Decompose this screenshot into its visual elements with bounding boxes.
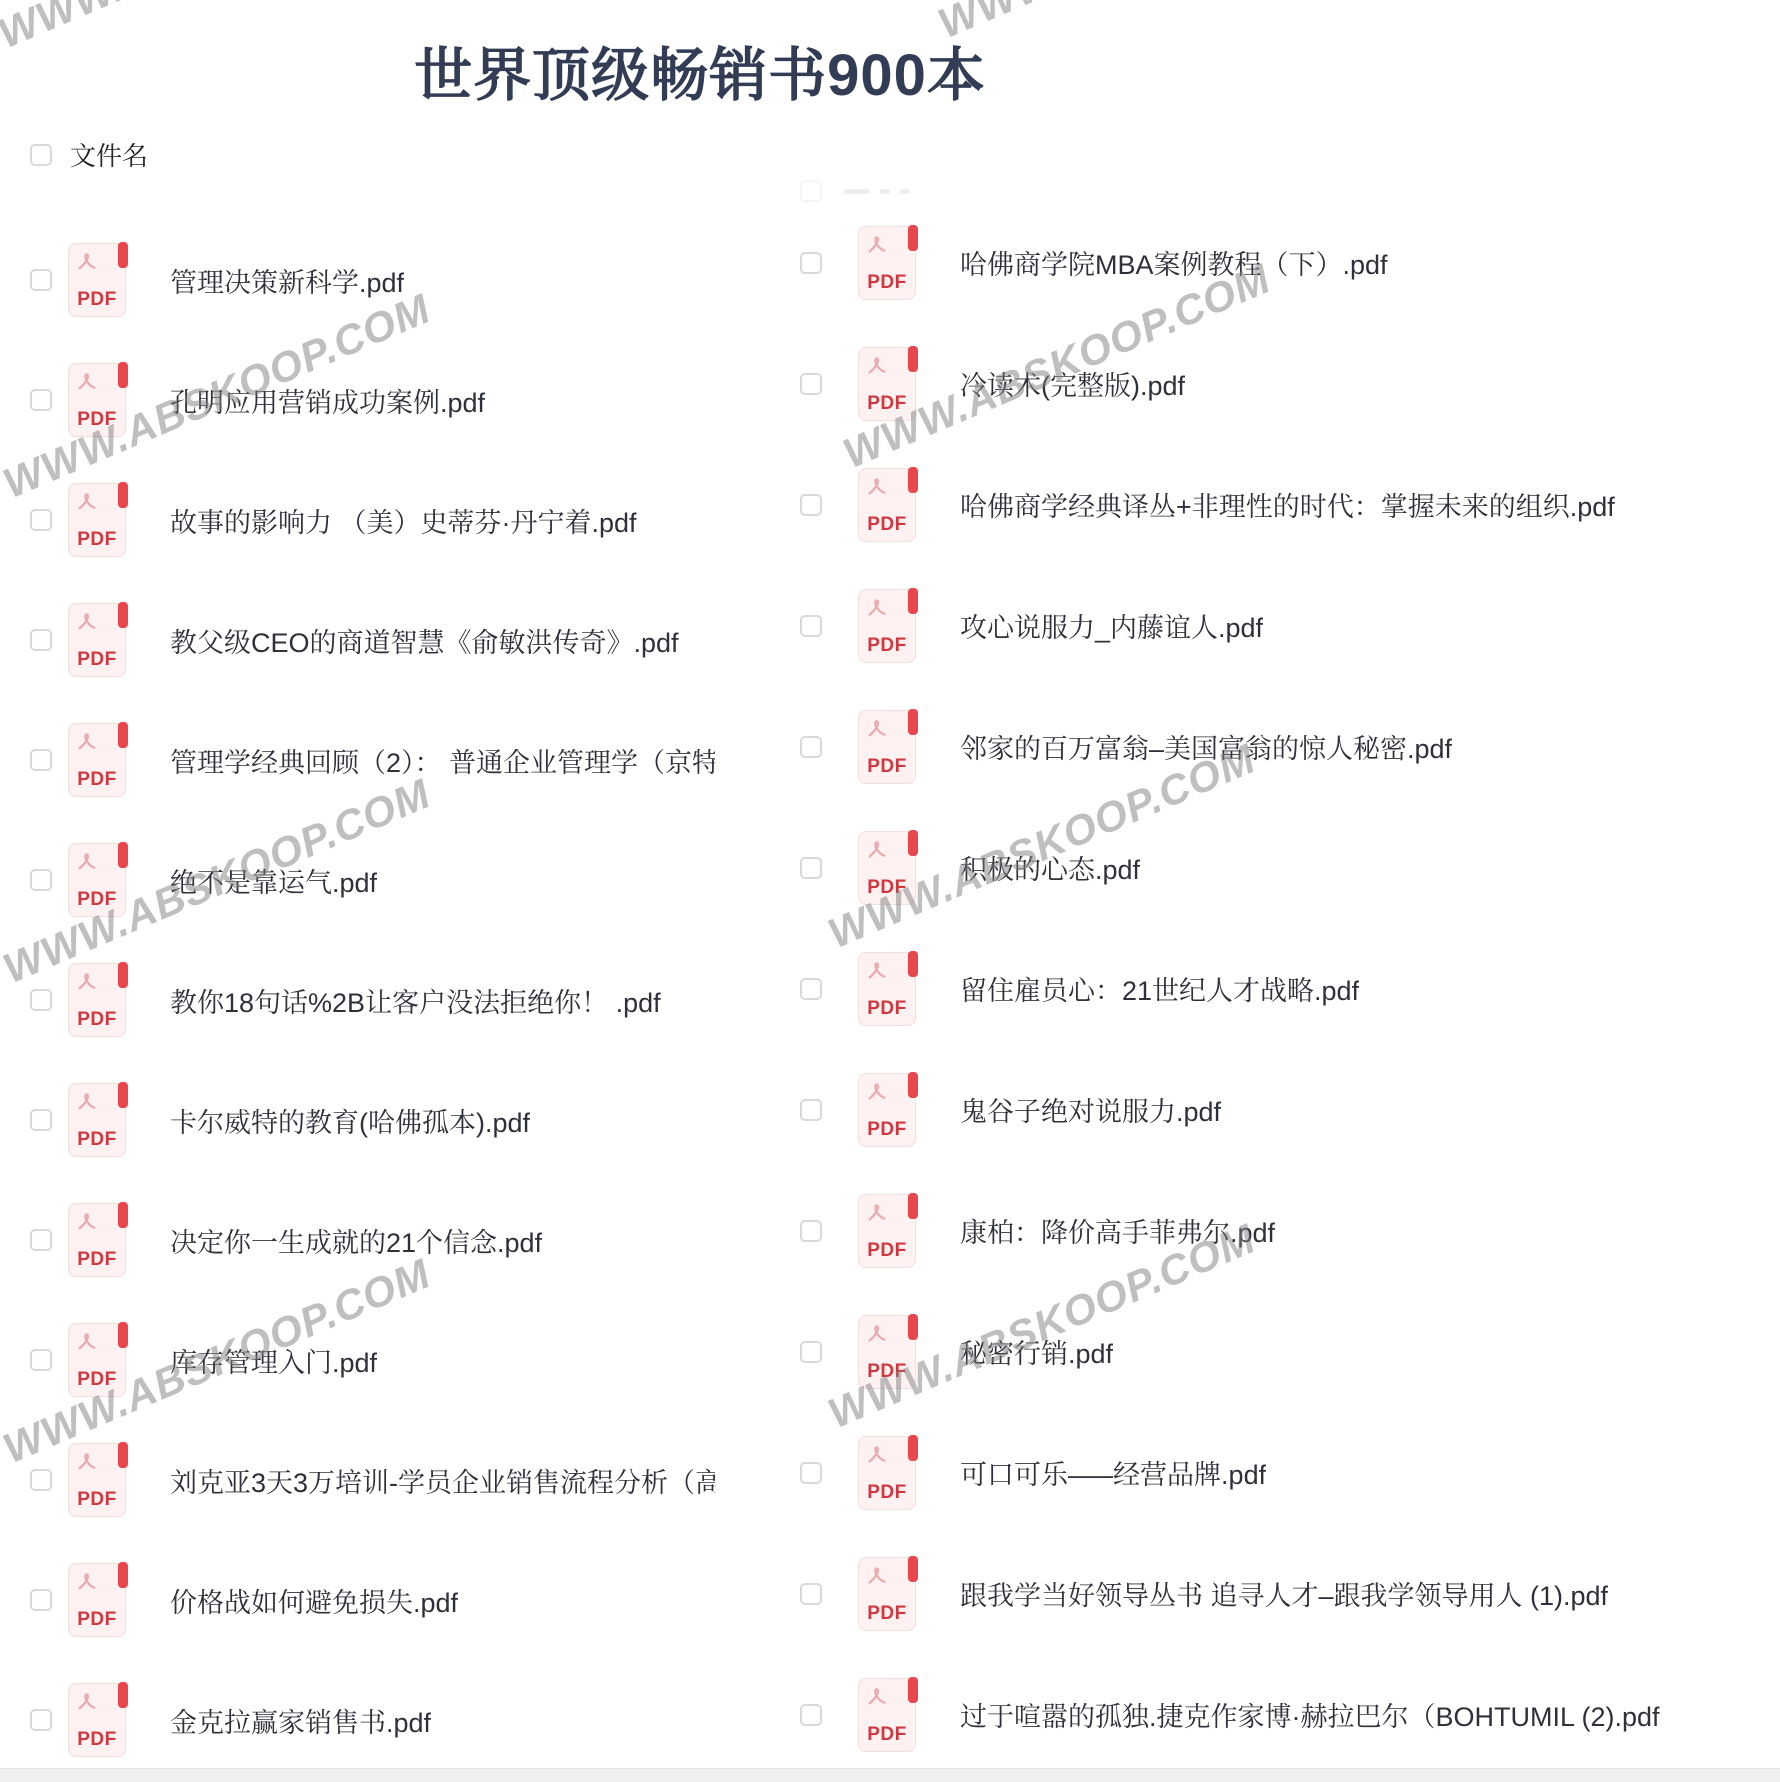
pdf-icon[interactable]: PDF <box>68 1563 126 1637</box>
file-row: PDF 哈佛商学院MBA案例教程（下）.pdf <box>800 202 1730 323</box>
file-row: PDF 康柏：降价高手菲弗尔.pdf <box>800 1170 1730 1291</box>
file-row: PDF 故事的影响力 （美）史蒂芬·丹宁着.pdf <box>30 460 730 580</box>
pdf-fold-icon <box>908 951 918 977</box>
row-checkbox[interactable] <box>30 989 52 1011</box>
pdf-label: PDF <box>859 1361 915 1383</box>
pdf-label: PDF <box>69 1369 125 1391</box>
pdf-label: PDF <box>859 1724 915 1746</box>
row-checkbox[interactable] <box>30 749 52 771</box>
pdf-icon[interactable]: PDF <box>858 347 916 421</box>
row-checkbox[interactable] <box>800 1462 822 1484</box>
row-checkbox[interactable] <box>800 1341 822 1363</box>
pdf-label: PDF <box>859 272 915 294</box>
file-name[interactable]: 教你18句话%2B让客户没法拒绝你！ .pdf <box>170 981 661 1020</box>
pdf-fold-icon <box>118 242 128 268</box>
pdf-icon[interactable]: PDF <box>68 363 126 437</box>
pdf-icon[interactable]: PDF <box>858 1194 916 1268</box>
acrobat-glyph-icon <box>76 371 98 393</box>
row-checkbox[interactable] <box>30 1589 52 1611</box>
pdf-icon[interactable]: PDF <box>68 1323 126 1397</box>
placeholder-dash <box>844 189 870 194</box>
acrobat-glyph-icon <box>866 960 888 982</box>
file-name[interactable]: 决定你一生成就的21个信念.pdf <box>170 1221 542 1260</box>
pdf-label: PDF <box>69 769 125 791</box>
acrobat-glyph-icon <box>866 597 888 619</box>
acrobat-glyph-icon <box>76 1571 98 1593</box>
file-row: PDF 决定你一生成就的21个信念.pdf <box>30 1180 730 1300</box>
file-name[interactable]: 价格战如何避免损失.pdf <box>170 1581 458 1620</box>
acrobat-glyph-icon <box>76 851 98 873</box>
file-name[interactable]: 冷读术(完整版).pdf <box>960 364 1185 403</box>
placeholder-dash <box>880 189 890 194</box>
pdf-label: PDF <box>859 1119 915 1141</box>
pdf-icon[interactable]: PDF <box>68 243 126 317</box>
file-name[interactable]: 管理学经典回顾（2）： 普通企业管理学（京特·沃厄）.pdf <box>170 741 715 780</box>
pdf-icon[interactable]: PDF <box>858 952 916 1026</box>
pdf-icon[interactable]: PDF <box>858 1678 916 1752</box>
row-checkbox[interactable] <box>800 978 822 1000</box>
file-name[interactable]: 卡尔威特的教育(哈佛孤本).pdf <box>170 1101 530 1140</box>
acrobat-glyph-icon <box>866 718 888 740</box>
pdf-icon[interactable]: PDF <box>68 1443 126 1517</box>
file-row: PDF 绝不是靠运气.pdf <box>30 820 730 940</box>
pdf-fold-icon <box>908 1314 918 1340</box>
pdf-label: PDF <box>69 409 125 431</box>
file-row: PDF 积极的心态.pdf <box>800 807 1730 928</box>
file-row: PDF 可口可乐–––经营品牌.pdf <box>800 1412 1730 1533</box>
acrobat-glyph-icon <box>866 1565 888 1587</box>
row-checkbox[interactable] <box>30 269 52 291</box>
file-name[interactable]: 刘克亚3天3万培训-学员企业销售流程分析（高端英.pdf <box>170 1461 715 1500</box>
pdf-icon[interactable]: PDF <box>68 1203 126 1277</box>
file-column-left: PDF 管理决策新科学.pdf PDF 孔明应用营销成功案例.pdf PDF 故… <box>30 220 730 1780</box>
pdf-fold-icon <box>908 1677 918 1703</box>
row-checkbox[interactable] <box>30 1709 52 1731</box>
pdf-fold-icon <box>118 1202 128 1228</box>
acrobat-glyph-icon <box>866 476 888 498</box>
file-name[interactable]: 积极的心态.pdf <box>960 848 1140 887</box>
pdf-label: PDF <box>69 1009 125 1031</box>
pdf-fold-icon <box>118 1442 128 1468</box>
file-row: PDF 孔明应用营销成功案例.pdf <box>30 340 730 460</box>
pdf-label: PDF <box>69 289 125 311</box>
file-name[interactable]: 跟我学当好领导丛书 追寻人才–跟我学领导用人 (1).pdf <box>960 1574 1608 1613</box>
row-checkbox[interactable] <box>30 1109 52 1131</box>
file-name[interactable]: 哈佛商学经典译丛+非理性的时代：掌握未来的组织.pdf <box>960 485 1615 524</box>
file-row: PDF 鬼谷子绝对说服力.pdf <box>800 1049 1730 1170</box>
acrobat-glyph-icon <box>76 731 98 753</box>
row-checkbox[interactable] <box>800 857 822 879</box>
acrobat-glyph-icon <box>866 1081 888 1103</box>
pdf-label: PDF <box>859 1603 915 1625</box>
file-name[interactable]: 库存管理入门.pdf <box>170 1341 377 1380</box>
acrobat-glyph-icon <box>76 1091 98 1113</box>
file-name[interactable]: 金克拉赢家销售书.pdf <box>170 1701 431 1740</box>
pdf-fold-icon <box>118 1682 128 1708</box>
file-row: PDF 管理学经典回顾（2）： 普通企业管理学（京特·沃厄）.pdf <box>30 700 730 820</box>
file-column-right: PDF 哈佛商学院MBA案例教程（下）.pdf PDF 冷读术(完整版).pdf… <box>800 202 1730 1775</box>
pdf-label: PDF <box>859 514 915 536</box>
acrobat-glyph-icon <box>76 971 98 993</box>
pdf-fold-icon <box>118 842 128 868</box>
file-row: PDF 刘克亚3天3万培训-学员企业销售流程分析（高端英.pdf <box>30 1420 730 1540</box>
file-name[interactable]: 留住雇员心：21世纪人才战略.pdf <box>960 969 1359 1008</box>
acrobat-glyph-icon <box>866 1323 888 1345</box>
file-name[interactable]: 故事的影响力 （美）史蒂芬·丹宁着.pdf <box>170 501 637 540</box>
row-checkbox[interactable] <box>800 180 822 202</box>
acrobat-glyph-icon <box>866 355 888 377</box>
pdf-icon[interactable]: PDF <box>68 843 126 917</box>
file-name[interactable]: 管理决策新科学.pdf <box>170 261 404 300</box>
pdf-icon[interactable]: PDF <box>68 723 126 797</box>
row-checkbox[interactable] <box>800 1583 822 1605</box>
file-row: PDF 库存管理入门.pdf <box>30 1300 730 1420</box>
file-row: PDF 秘密行销.pdf <box>800 1291 1730 1412</box>
pdf-label: PDF <box>859 877 915 899</box>
file-name[interactable]: 攻心说服力_内藤谊人.pdf <box>960 606 1263 645</box>
pdf-fold-icon <box>908 588 918 614</box>
pdf-fold-icon <box>118 1082 128 1108</box>
file-row: PDF 哈佛商学经典译丛+非理性的时代：掌握未来的组织.pdf <box>800 444 1730 565</box>
pdf-label: PDF <box>69 529 125 551</box>
pdf-icon[interactable]: PDF <box>858 226 916 300</box>
file-name[interactable]: 教父级CEO的商道智慧《俞敏洪传奇》.pdf <box>170 621 679 660</box>
file-name[interactable]: 邻家的百万富翁–美国富翁的惊人秘密.pdf <box>960 727 1452 766</box>
list-header: 文件名 <box>30 136 148 173</box>
pdf-icon[interactable]: PDF <box>68 1083 126 1157</box>
file-row: PDF 攻心说服力_内藤谊人.pdf <box>800 565 1730 686</box>
pdf-icon[interactable]: PDF <box>858 468 916 542</box>
pdf-fold-icon <box>908 1556 918 1582</box>
pdf-fold-icon <box>118 482 128 508</box>
pdf-fold-icon <box>118 1322 128 1348</box>
file-name[interactable]: 可口可乐–––经营品牌.pdf <box>960 1453 1266 1492</box>
pdf-label: PDF <box>859 998 915 1020</box>
file-row: PDF 管理决策新科学.pdf <box>30 220 730 340</box>
pdf-icon[interactable]: PDF <box>858 1557 916 1631</box>
pdf-label: PDF <box>69 889 125 911</box>
acrobat-glyph-icon <box>866 234 888 256</box>
select-all-checkbox[interactable] <box>30 144 52 166</box>
file-name[interactable]: 过于喧嚣的孤独.捷克作家博·赫拉巴尔（BOHTUMIL (2).pdf <box>960 1695 1660 1734</box>
pdf-label: PDF <box>859 393 915 415</box>
page-title: 世界顶级畅销书900本 <box>0 40 1400 112</box>
pdf-icon[interactable]: PDF <box>858 1073 916 1147</box>
pdf-fold-icon <box>908 1072 918 1098</box>
pdf-icon[interactable]: PDF <box>858 1436 916 1510</box>
file-row: PDF 过于喧嚣的孤独.捷克作家博·赫拉巴尔（BOHTUMIL (2).pdf <box>800 1654 1730 1775</box>
pdf-fold-icon <box>118 722 128 748</box>
filename-column-header: 文件名 <box>70 136 148 173</box>
row-checkbox[interactable] <box>30 1349 52 1371</box>
row-checkbox[interactable] <box>800 1704 822 1726</box>
pdf-fold-icon <box>118 962 128 988</box>
row-checkbox[interactable] <box>30 1229 52 1251</box>
file-row: PDF 冷读术(完整版).pdf <box>800 323 1730 444</box>
pdf-icon[interactable]: PDF <box>68 1683 126 1757</box>
row-checkbox[interactable] <box>30 509 52 531</box>
row-checkbox[interactable] <box>30 389 52 411</box>
pdf-fold-icon <box>118 602 128 628</box>
file-name[interactable]: 绝不是靠运气.pdf <box>170 861 377 900</box>
row-checkbox[interactable] <box>800 373 822 395</box>
row-checkbox[interactable] <box>800 736 822 758</box>
pdf-fold-icon <box>908 346 918 372</box>
file-row: PDF 留住雇员心：21世纪人才战略.pdf <box>800 928 1730 1049</box>
file-name[interactable]: 哈佛商学院MBA案例教程（下）.pdf <box>960 243 1388 282</box>
row-checkbox[interactable] <box>800 615 822 637</box>
pdf-label: PDF <box>69 1729 125 1751</box>
pdf-icon[interactable]: PDF <box>858 710 916 784</box>
acrobat-glyph-icon <box>76 1211 98 1233</box>
pdf-fold-icon <box>908 709 918 735</box>
row-checkbox[interactable] <box>30 1469 52 1491</box>
pdf-label: PDF <box>69 1129 125 1151</box>
acrobat-glyph-icon <box>866 1202 888 1224</box>
pdf-icon[interactable]: PDF <box>68 483 126 557</box>
pdf-icon[interactable]: PDF <box>858 1315 916 1389</box>
file-name[interactable]: 秘密行销.pdf <box>960 1332 1113 1371</box>
pdf-icon[interactable]: PDF <box>68 603 126 677</box>
file-name[interactable]: 康柏：降价高手菲弗尔.pdf <box>960 1211 1275 1250</box>
pdf-label: PDF <box>859 1240 915 1262</box>
acrobat-glyph-icon <box>76 1331 98 1353</box>
pdf-label: PDF <box>69 1609 125 1631</box>
pdf-fold-icon <box>118 1562 128 1588</box>
row-checkbox[interactable] <box>30 869 52 891</box>
pdf-fold-icon <box>908 1193 918 1219</box>
acrobat-glyph-icon <box>76 611 98 633</box>
pdf-fold-icon <box>908 1435 918 1461</box>
pdf-label: PDF <box>859 756 915 778</box>
file-row: PDF 邻家的百万富翁–美国富翁的惊人秘密.pdf <box>800 686 1730 807</box>
pdf-icon[interactable]: PDF <box>858 831 916 905</box>
acrobat-glyph-icon <box>866 1686 888 1708</box>
pdf-icon[interactable]: PDF <box>858 589 916 663</box>
pdf-fold-icon <box>908 467 918 493</box>
file-row: PDF 金克拉赢家销售书.pdf <box>30 1660 730 1780</box>
pdf-fold-icon <box>118 362 128 388</box>
pdf-label: PDF <box>69 1249 125 1271</box>
row-checkbox[interactable] <box>800 1220 822 1242</box>
file-row: PDF 价格战如何避免损失.pdf <box>30 1540 730 1660</box>
row-checkbox[interactable] <box>800 252 822 274</box>
pdf-fold-icon <box>908 225 918 251</box>
file-row: PDF 教你18句话%2B让客户没法拒绝你！ .pdf <box>30 940 730 1060</box>
file-name[interactable]: 鬼谷子绝对说服力.pdf <box>960 1090 1221 1129</box>
pdf-label: PDF <box>69 649 125 671</box>
file-name[interactable]: 孔明应用营销成功案例.pdf <box>170 381 485 420</box>
acrobat-glyph-icon <box>866 1444 888 1466</box>
placeholder-dash <box>900 189 910 194</box>
acrobat-glyph-icon <box>76 1691 98 1713</box>
pdf-label: PDF <box>859 1482 915 1504</box>
file-row: PDF 教父级CEO的商道智慧《俞敏洪传奇》.pdf <box>30 580 730 700</box>
row-checkbox[interactable] <box>800 494 822 516</box>
footer-bar <box>0 1768 1780 1782</box>
pdf-label: PDF <box>69 1489 125 1511</box>
file-row: PDF 跟我学当好领导丛书 追寻人才–跟我学领导用人 (1).pdf <box>800 1533 1730 1654</box>
row-checkbox[interactable] <box>30 629 52 651</box>
row-checkbox[interactable] <box>800 1099 822 1121</box>
file-list-page: 世界顶级畅销书900本 文件名 PDF 管理决策新科学.pdf PDF <box>0 0 1780 1782</box>
acrobat-glyph-icon <box>866 839 888 861</box>
acrobat-glyph-icon <box>76 491 98 513</box>
pdf-icon[interactable]: PDF <box>68 963 126 1037</box>
file-row: PDF 卡尔威特的教育(哈佛孤本).pdf <box>30 1060 730 1180</box>
pdf-fold-icon <box>908 830 918 856</box>
acrobat-glyph-icon <box>76 251 98 273</box>
pdf-label: PDF <box>859 635 915 657</box>
acrobat-glyph-icon <box>76 1451 98 1473</box>
